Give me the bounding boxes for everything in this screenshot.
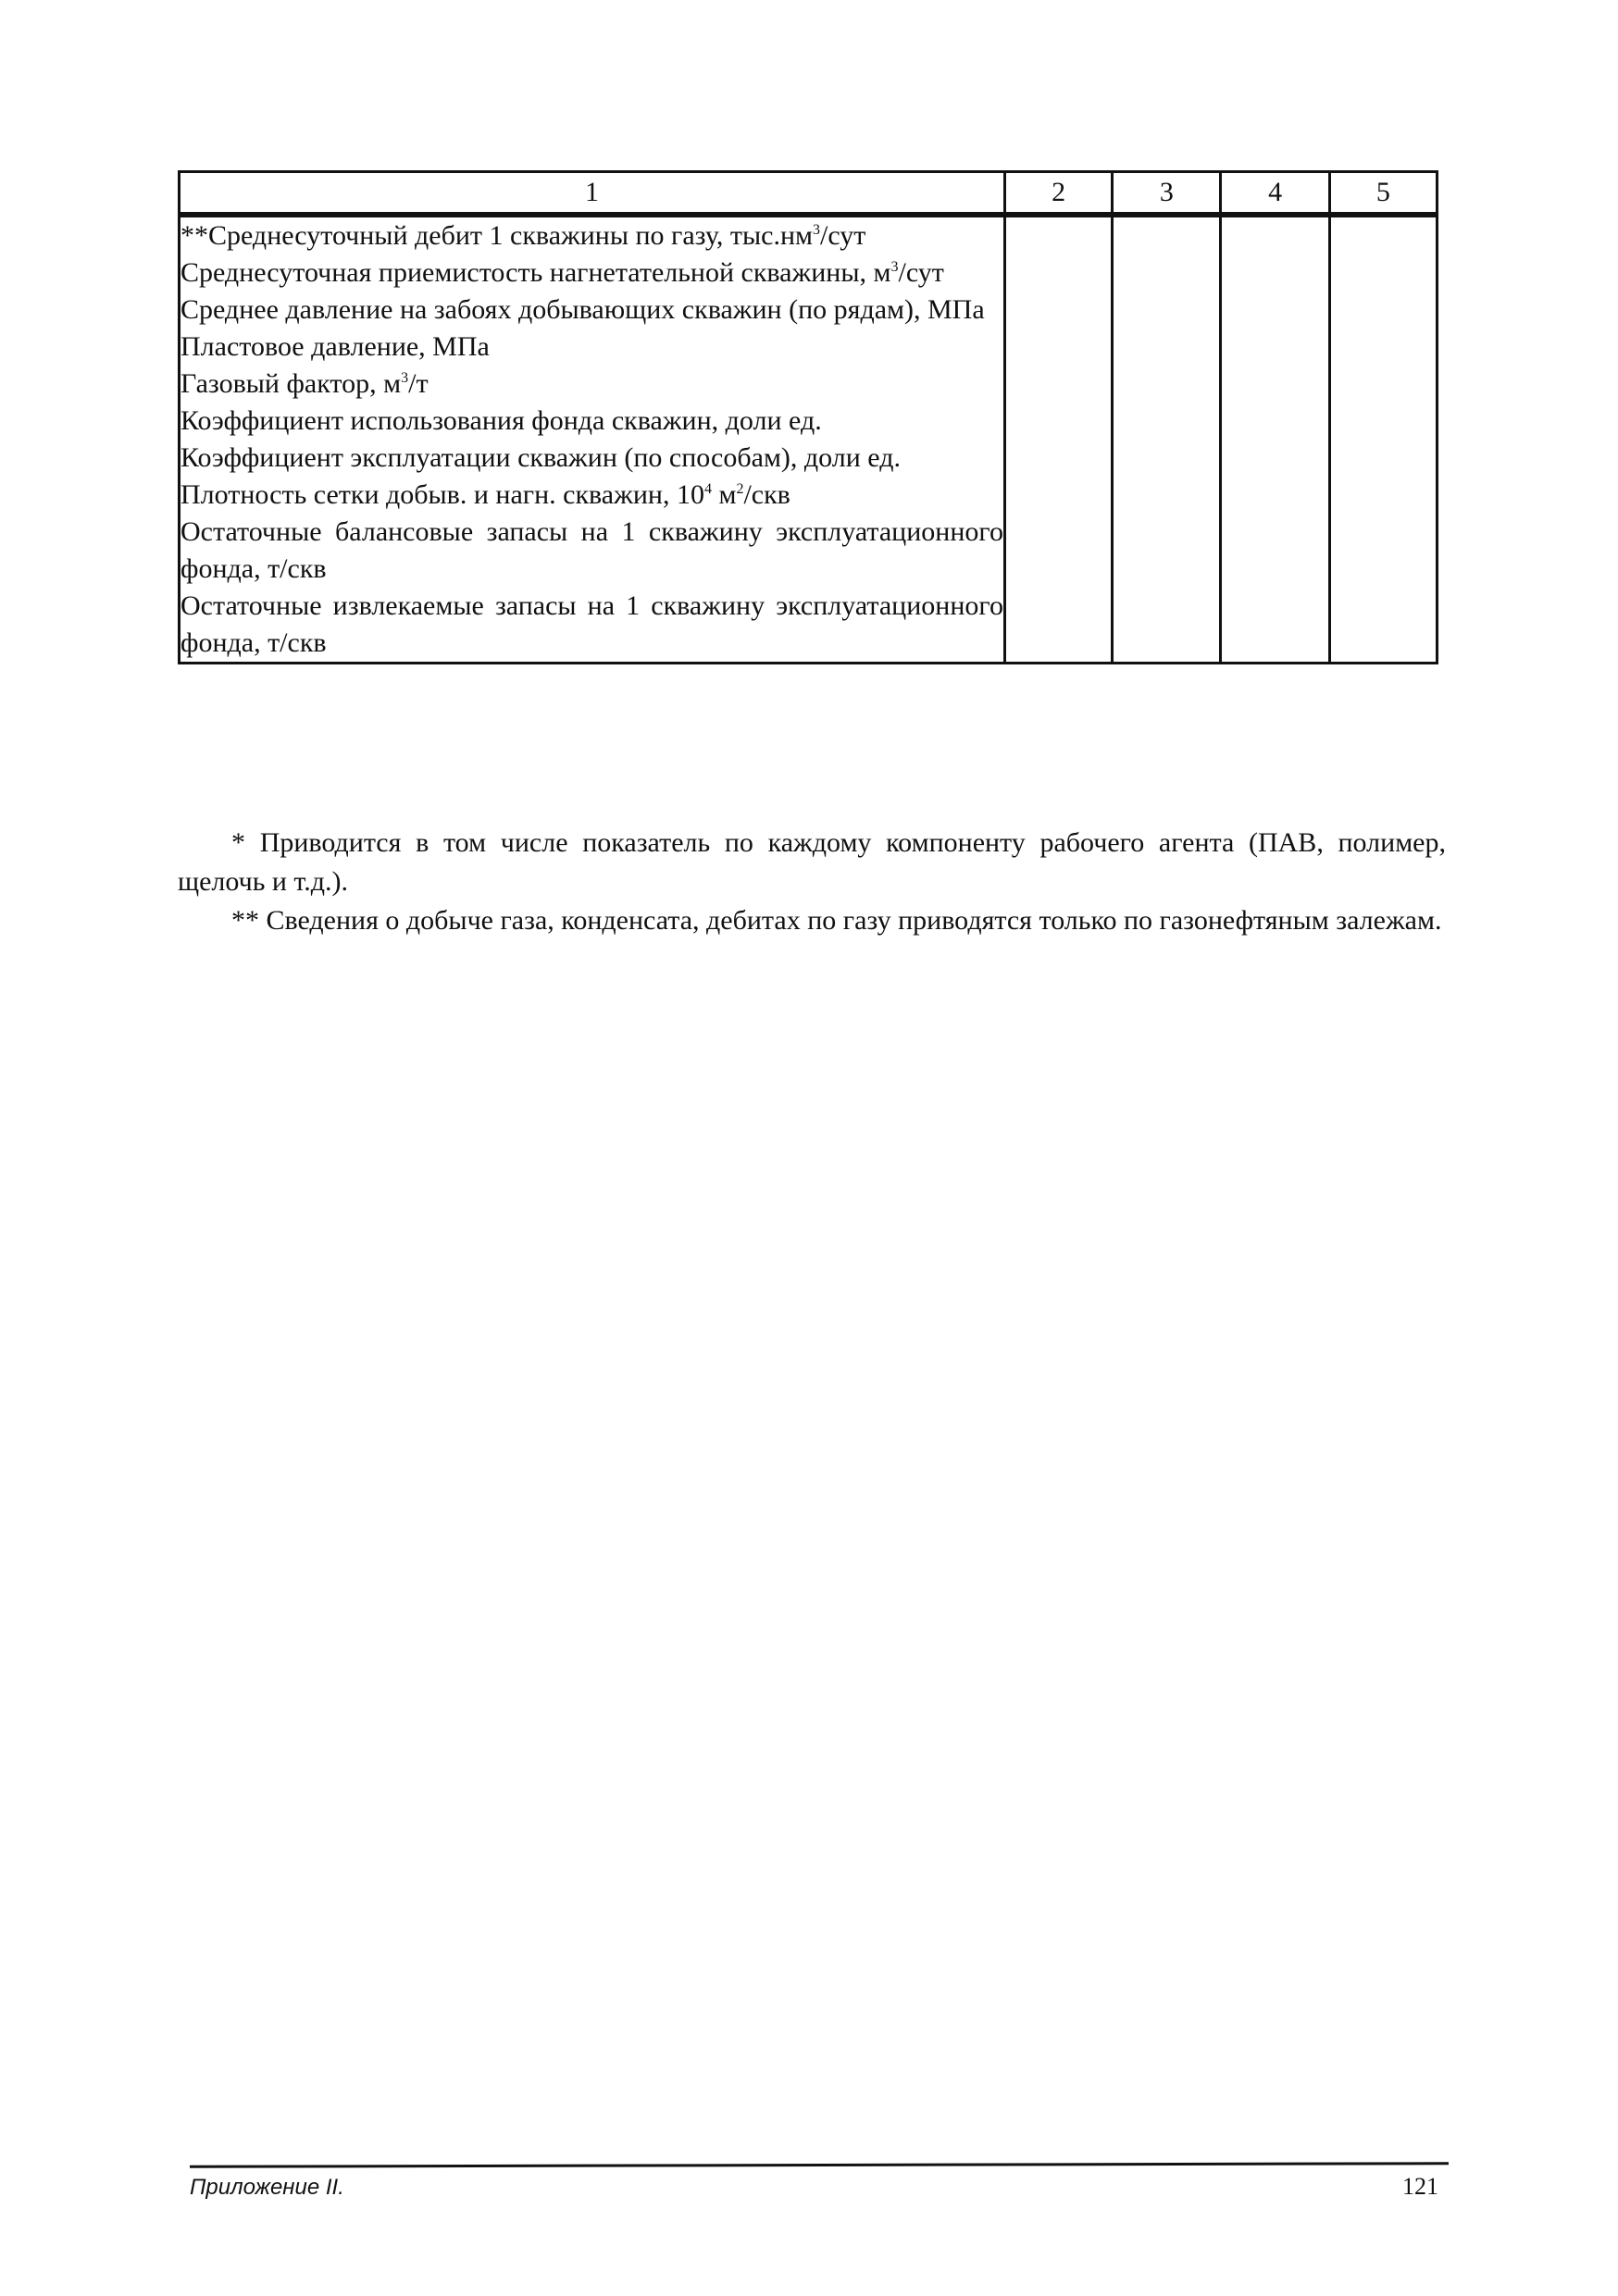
value-cell-col-5 <box>1329 329 1437 366</box>
value-cell-col-5 <box>1329 215 1437 254</box>
value-cell-col-3 <box>1113 514 1221 588</box>
footnote-2: ** Сведения о добыче газа, конденсата, д… <box>178 901 1446 940</box>
label-text: /сут <box>898 257 943 288</box>
superscript: 4 <box>704 481 712 497</box>
indicator-label: Среднесуточная приемистость нагнетательн… <box>180 254 1005 292</box>
label-text: /сут <box>820 220 865 251</box>
label-text: Остаточные извлекаемые запасы на 1 скваж… <box>180 590 1003 658</box>
indicator-label: Газовый фактор, м3/т <box>180 366 1005 403</box>
footnote-1: * Приводится в том числе показатель по к… <box>178 824 1446 901</box>
table-header-row: 1 2 3 4 5 <box>180 172 1438 216</box>
value-cell-col-5 <box>1329 588 1437 664</box>
value-cell-col-2 <box>1004 254 1112 292</box>
indicator-label: Коэффициент эксплуатации скважин (по спо… <box>180 440 1005 477</box>
value-cell-col-3 <box>1113 403 1221 440</box>
value-cell-col-5 <box>1329 366 1437 403</box>
label-text: Плотность сетки добыв. и нагн. скважин, … <box>180 479 704 510</box>
table-row: Остаточные извлекаемые запасы на 1 скваж… <box>180 588 1438 664</box>
value-cell-col-2 <box>1004 440 1112 477</box>
indicator-label: Коэффициент использования фонда скважин,… <box>180 403 1005 440</box>
label-text: Остаточные балансовые запасы на 1 скважи… <box>180 516 1003 584</box>
superscript: 3 <box>401 370 408 386</box>
indicators-table: 1 2 3 4 5 **Среднесуточный дебит 1 скваж… <box>178 170 1438 664</box>
value-cell-col-5 <box>1329 514 1437 588</box>
indicator-label: Остаточные извлекаемые запасы на 1 скваж… <box>180 588 1005 664</box>
table-body: **Среднесуточный дебит 1 скважины по газ… <box>180 215 1438 664</box>
column-header-2: 2 <box>1004 172 1112 216</box>
value-cell-col-4 <box>1221 440 1329 477</box>
label-text: Среднее давление на забоях добывающих ск… <box>180 294 985 325</box>
footer-divider <box>190 2162 1449 2168</box>
label-text: /скв <box>743 479 790 510</box>
label-text: Среднесуточная приемистость нагнетательн… <box>180 257 890 288</box>
value-cell-col-5 <box>1329 292 1437 329</box>
value-cell-col-3 <box>1113 215 1221 254</box>
table-row: Коэффициент эксплуатации скважин (по спо… <box>180 440 1438 477</box>
value-cell-col-4 <box>1221 403 1329 440</box>
value-cell-col-4 <box>1221 477 1329 514</box>
label-text: Пластовое давление, МПа <box>180 331 490 362</box>
value-cell-col-2 <box>1004 292 1112 329</box>
label-text: **Среднесуточный дебит 1 скважины по газ… <box>180 220 813 251</box>
value-cell-col-4 <box>1221 215 1329 254</box>
table-row: Плотность сетки добыв. и нагн. скважин, … <box>180 477 1438 514</box>
value-cell-col-4 <box>1221 254 1329 292</box>
footnotes: * Приводится в том числе показатель по к… <box>178 824 1446 940</box>
value-cell-col-4 <box>1221 588 1329 664</box>
column-header-4: 4 <box>1221 172 1329 216</box>
indicator-label: Плотность сетки добыв. и нагн. скважин, … <box>180 477 1005 514</box>
value-cell-col-3 <box>1113 292 1221 329</box>
value-cell-col-3 <box>1113 366 1221 403</box>
label-text: Коэффициент эксплуатации скважин (по спо… <box>180 442 901 473</box>
value-cell-col-3 <box>1113 254 1221 292</box>
value-cell-col-4 <box>1221 329 1329 366</box>
column-header-3: 3 <box>1113 172 1221 216</box>
indicator-label: Остаточные балансовые запасы на 1 скважи… <box>180 514 1005 588</box>
table-row: Среднесуточная приемистость нагнетательн… <box>180 254 1438 292</box>
indicator-label: Пластовое давление, МПа <box>180 329 1005 366</box>
table-row: Среднее давление на забоях добывающих ск… <box>180 292 1438 329</box>
label-text: Газовый фактор, м <box>180 368 401 399</box>
value-cell-col-4 <box>1221 366 1329 403</box>
label-text: м <box>712 479 736 510</box>
value-cell-col-2 <box>1004 403 1112 440</box>
indicator-label: Среднее давление на забоях добывающих ск… <box>180 292 1005 329</box>
value-cell-col-2 <box>1004 514 1112 588</box>
table-row: Пластовое давление, МПа <box>180 329 1438 366</box>
value-cell-col-4 <box>1221 292 1329 329</box>
value-cell-col-2 <box>1004 366 1112 403</box>
indicator-label: **Среднесуточный дебит 1 скважины по газ… <box>180 215 1005 254</box>
value-cell-col-3 <box>1113 477 1221 514</box>
table-row: Газовый фактор, м3/т <box>180 366 1438 403</box>
superscript: 3 <box>813 222 820 238</box>
value-cell-col-3 <box>1113 329 1221 366</box>
value-cell-col-2 <box>1004 588 1112 664</box>
page-number: 121 <box>1402 2173 1438 2201</box>
column-header-1: 1 <box>180 172 1005 216</box>
value-cell-col-2 <box>1004 329 1112 366</box>
value-cell-col-3 <box>1113 440 1221 477</box>
value-cell-col-5 <box>1329 477 1437 514</box>
table-row: Коэффициент использования фонда скважин,… <box>180 403 1438 440</box>
label-text: /т <box>408 368 428 399</box>
footer-appendix-label: Приложение II. <box>190 2175 344 2201</box>
value-cell-col-5 <box>1329 440 1437 477</box>
label-text: Коэффициент использования фонда скважин,… <box>180 405 822 436</box>
value-cell-col-2 <box>1004 477 1112 514</box>
value-cell-col-5 <box>1329 254 1437 292</box>
value-cell-col-3 <box>1113 588 1221 664</box>
column-header-5: 5 <box>1329 172 1437 216</box>
table-row: **Среднесуточный дебит 1 скважины по газ… <box>180 215 1438 254</box>
table-row: Остаточные балансовые запасы на 1 скважи… <box>180 514 1438 588</box>
value-cell-col-2 <box>1004 215 1112 254</box>
value-cell-col-5 <box>1329 403 1437 440</box>
value-cell-col-4 <box>1221 514 1329 588</box>
